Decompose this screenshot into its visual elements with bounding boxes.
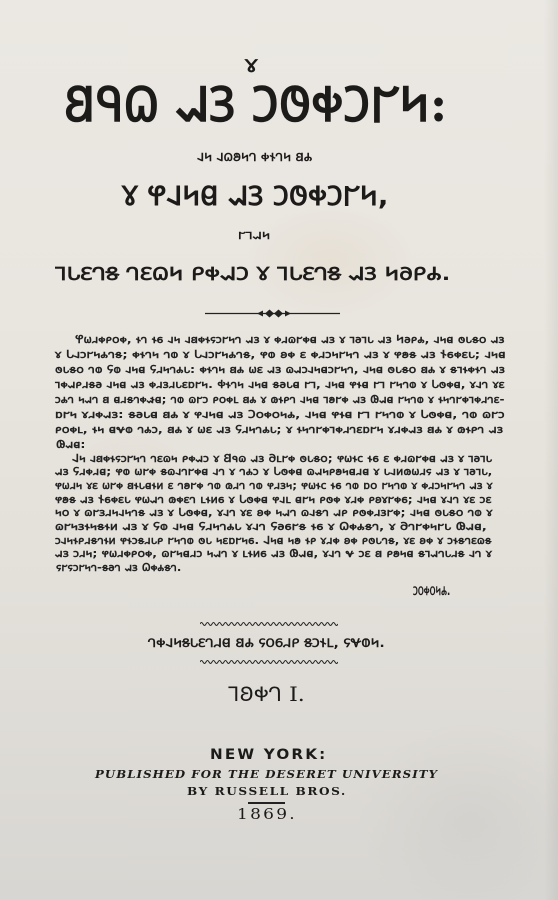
subtitle-line: 𐐈𐐤 𐐈𐐗𐐍𐐤𐐓 𐐡𐐆𐐓𐐤 𐐒𐐌: [197, 151, 312, 165]
preface-line: 𐐸𐐶𐐯𐑌 𐑄𐐩 𐐶𐐲𐑉 𐐺𐐮𐑊𐐼𐐮𐑍 𐐩 𐐻𐐵𐐲𐑉 𐐻𐐭 𐑀𐐯𐐻 𐐻𐐭 𐐸𐐯𐑂𐑌…: [55, 480, 492, 492]
preface-line: 𐐱𐑂 𐑋𐐯𐑌; 𐐸𐐶𐐯𐑉𐑁𐐬𐑉, 𐐿𐐲𐑌𐐼𐐯𐑋 𐑌𐐱𐐻 𐑄 𐑃𐐮𐑍𐑆 𐐱𐑂 𐐘𐐱…: [55, 548, 492, 560]
preface-line: 𐐫𐑊𐑅𐐬 𐐻𐐭 𐐖𐐭 𐐰𐑌𐐼 𐐖𐐯𐑌𐐻𐐴𐑊: 𐑉𐐮𐐻𐑌 𐐺𐐴 𐐶𐐩 𐐱𐑂 𐐿𐐱𐑋…: [55, 364, 505, 376]
imprint-city: NEW YORK:: [210, 747, 327, 763]
preface-line: 𐑁𐐬𐑉𐑃, 𐐮𐑌 𐐼𐐷𐐭 𐐻𐐴𐑋, 𐐺𐐴 𐑄 𐐶𐐩 𐐱𐑂 𐐖𐐯𐑌𐐻𐐴𐑊; 𐑄 𐐮…: [55, 424, 503, 436]
preface-line: 𐐐𐐶𐐯𐑉𐑁𐐬𐑉, 𐐮𐐻 𐐮𐑆 𐐰𐑌 𐐰𐐺𐑉𐐮𐐾𐑋𐐲𐑌𐐻 𐐱𐑂 𐑄 𐑉𐐯𐐿𐐲𐑉𐐼 …: [75, 334, 504, 346]
book-title: 𐐒𐐋𐐗 𐐉𐐚 𐐣𐐃𐐡𐐣𐐊𐐤:: [64, 80, 447, 130]
preface-line: 𐐱𐑂 𐐖𐐯𐑉𐐯𐐼; 𐐸𐐭 𐐶𐐲𐑉 𐑅𐐿𐐰𐐻𐐲𐑉𐐼 𐐰𐐻 𐑄 𐐻𐐴𐑋 𐑄 𐐢𐐫𐑉𐐼…: [55, 466, 492, 478]
preface-line: 𐐿𐐲𐑌𐑂𐐮𐑌𐑅𐐮𐑍 𐐱𐑂 𐑄 𐐖𐐭 𐐰𐑌𐐼 𐐖𐐯𐑌𐐻𐐴𐑊 𐑄𐐰𐐻 𐐖𐐨𐑆𐐲𐑅 𐐮…: [55, 521, 487, 533]
subtitle-line: 𐐊𐐑𐐉𐐤: [238, 231, 270, 243]
preface-line: 𐑋𐐰𐑌𐐮𐑁𐐯𐑅𐐻𐐮𐑍 𐐸𐐮𐑋𐑅𐐯𐑊𐑁 𐐲𐑌𐐻𐐭 𐐫𐑊 𐑌𐐩𐑇𐐲𐑌𐑆. 𐐈𐑌𐐼 𐑌…: [55, 535, 492, 547]
diamond-divider-icon: [205, 309, 340, 318]
preface-line: 𐐸𐐵𐑅 𐐱𐑂 𐐆𐑆𐑉𐐩𐑊 𐐸𐐶𐐱𐐻 𐑀𐑉𐐩𐐻 𐑃𐐮𐑍𐑆 𐑄 𐐢𐐫𐑉𐐼 𐐸𐐰𐑃 𐐼…: [55, 494, 492, 506]
wavy-rule-icon: [200, 658, 338, 666]
title-article: 𐐜: [245, 57, 258, 77]
preface-line: 𐑌𐐬 𐑄 𐐿𐐲𐑂𐐯𐑌𐐰𐑌𐐻𐑅 𐐱𐑂 𐑄 𐐢𐐫𐑉𐐼, 𐑄𐐰𐐻 𐑄𐐩 𐐪𐑉 𐑌𐐱𐐻 …: [55, 507, 492, 519]
translator-line: 𐐓𐐡𐐈𐐤𐐝𐐢𐐁𐐓𐐇𐐔 𐐒𐐌 𐐖𐐄𐐞𐐇𐐙 𐐝𐐣𐐆𐐛, 𐐖𐐏𐐅𐐤.: [148, 636, 385, 650]
preface-line: 𐐘𐐱𐐼:: [56, 439, 85, 451]
imprint-printer: BY RUSSELL BROS.: [187, 785, 347, 798]
part-label: 𐐑𐐂𐐡𐐓 I.: [228, 683, 305, 705]
subtitle-line: 𐐜 𐐐𐐈𐐤𐐔 𐐉𐐚 𐐣𐐃𐐡𐐣𐐊𐐤,: [122, 182, 388, 212]
imprint-publisher: PUBLISHED FOR THE DESERET UNIVERSITY: [95, 768, 438, 781]
preface-line: 𐐾𐐲𐐾𐑋𐐲𐑌𐐻-𐑅𐐨𐐻 𐐱𐑂 𐐗𐑉𐐴𐑅𐐻.: [56, 562, 181, 574]
preface-line: 𐑄 𐐢𐐰𐑋𐐲𐑌𐐴𐐻𐑅; 𐑉𐐮𐐻𐑌 𐐻𐐭 𐑄 𐐢𐐰𐑋𐐲𐑌𐐴𐐻𐑅, 𐐸𐐭 𐐪𐑉 𐐩 …: [55, 349, 506, 361]
wavy-rule-icon: [200, 620, 338, 628]
preface-line: 𐐹𐑉𐐱𐑁𐐯𐑅𐐨 𐐰𐑌𐐼 𐐱𐑂 𐑉𐐯𐑂𐐯𐑊𐐩𐑇𐐲𐑌. 𐐡𐐮𐐻𐑌 𐐰𐑌𐐼 𐑅𐐨𐑊𐐼 …: [55, 379, 505, 391]
preface-signature: 𐐣𐐄𐐡𐐄𐐤𐐌.: [413, 584, 450, 598]
page-edge-shadow: [544, 0, 558, 900]
subtitle-line: 𐐑𐐢𐐁𐐓𐐝 𐐓𐐁𐐗𐐤 𐐙𐐡𐐉𐐣 𐐜 𐐑𐐢𐐁𐐓𐐝 𐐉𐐚 𐐤𐐀𐐙𐐌.: [55, 265, 450, 285]
preface-line: 𐐈𐑌 𐐰𐐺𐑉𐐮𐐾𐑋𐐲𐑌𐐻 𐐻𐐩𐐿𐑌 𐑁𐑉𐐱𐑋 𐑄 𐐒𐐳𐐿 𐐱𐑂 𐐀𐑃𐐲𐑉 𐐫𐑊𐑅…: [72, 453, 492, 465]
preface-line: 𐑇𐐲𐑌 𐑄𐐯𐑉𐐱𐑂: 𐑅𐐨𐑊𐐼 𐐺𐐴 𐑄 𐐸𐐰𐑌𐐼 𐐱𐑂 𐐣𐐬𐑉𐐬𐑌𐐴, 𐐰𐑌𐐼…: [55, 409, 505, 421]
preface-line: 𐑋𐐴𐐻 𐑌𐐱𐐻 𐐺 𐐼𐐯𐑅𐐻𐑉𐑎𐐼; 𐐻𐐭 𐐿𐐲𐑋 𐑁𐐬𐑉𐑃 𐐺𐐴 𐑄 𐑀𐐮𐑁𐐻…: [55, 394, 505, 406]
imprint-rule: [248, 802, 285, 804]
imprint-year: 1869.: [237, 806, 297, 823]
title-page: 𐐜 𐐒𐐋𐐗 𐐉𐐚 𐐣𐐃𐐡𐐣𐐊𐐤: 𐐈𐐤 𐐈𐐗𐐍𐐤𐐓 𐐡𐐆𐐓𐐤 𐐒𐐌 𐐜 𐐐𐐈𐐤𐐔…: [0, 0, 558, 900]
